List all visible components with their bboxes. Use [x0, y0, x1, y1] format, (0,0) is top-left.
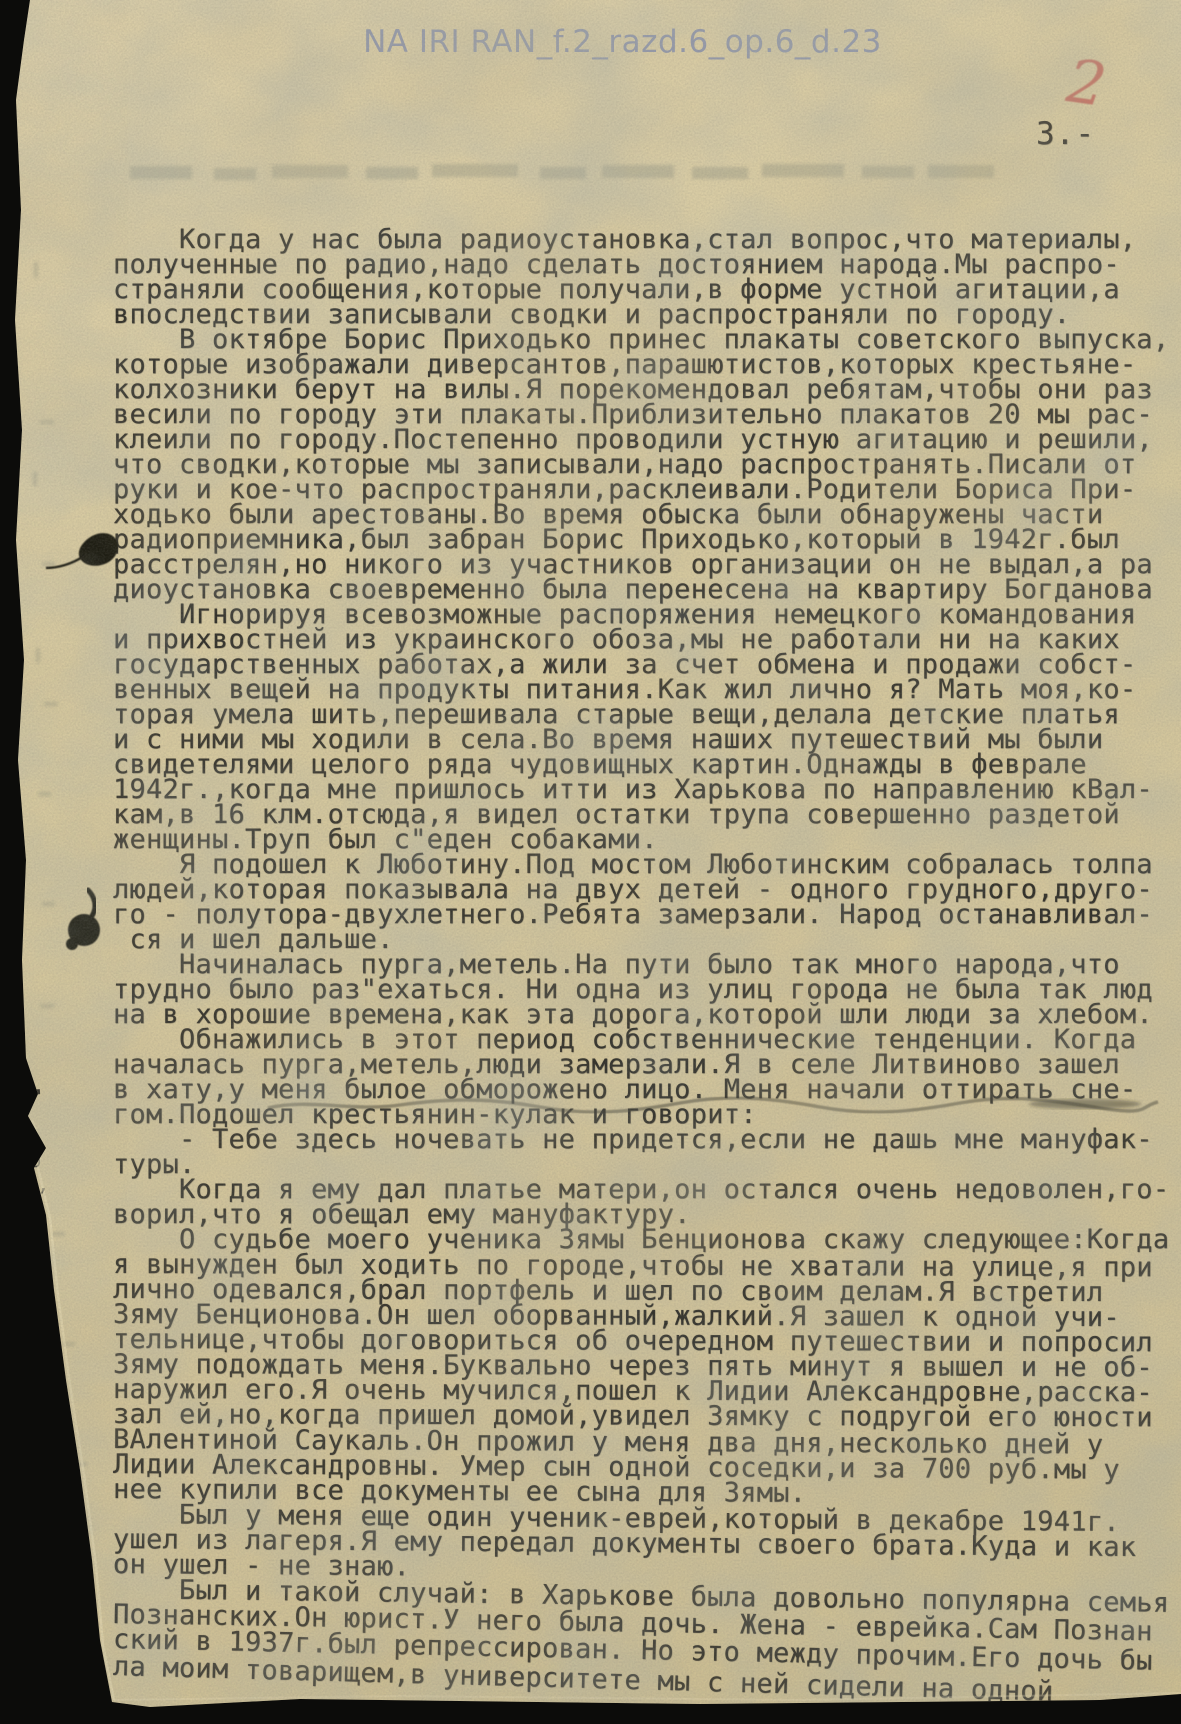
margin-bleed-mark — [42, 562, 55, 566]
ink-blob — [46, 533, 118, 568]
margin-bleed-mark — [36, 648, 40, 663]
bleed-through-mark — [692, 167, 748, 179]
margin-bleed-mark — [40, 1004, 54, 1008]
scanned-document: NA IRI RAN_f.2_razd.6_op.6_d.23 3.- Когд… — [0, 0, 1181, 1724]
bleed-through-mark — [432, 164, 518, 177]
ink-blob — [66, 890, 100, 950]
margin-bleed-mark — [42, 902, 55, 906]
torn-edge-fragment: о — [30, 1150, 41, 1172]
margin-bleed-mark — [34, 262, 38, 278]
bleed-through-mark — [862, 166, 914, 178]
bleed-through-mark — [130, 166, 192, 179]
margin-bleed-mark — [62, 1342, 75, 1346]
margin-bleed-mark — [52, 1232, 65, 1236]
text-line: О судьбе моего ученика Зямы Бенционова с… — [113, 1227, 1181, 1252]
archive-watermark: NA IRI RAN_f.2_razd.6_op.6_d.23 — [0, 24, 1181, 60]
margin-bleed-mark — [74, 1462, 87, 1466]
bleed-through-mark — [762, 164, 844, 177]
margin-bleed-mark — [38, 792, 51, 796]
margin-bleed-mark — [40, 420, 54, 424]
typewritten-text: Когда у нас была радиоустановка,стал воп… — [113, 227, 1181, 1677]
margin-bleed-mark — [33, 472, 37, 486]
torn-edge-highlight — [32, 1120, 114, 1700]
bleed-through-mark — [366, 167, 418, 179]
edge-ink-dash — [14, 1089, 40, 1096]
text-line: - Тебе здесь ночевать не придется,если н… — [113, 1127, 1181, 1152]
bleed-through-mark — [602, 165, 674, 178]
torn-edge-fragment: е, — [26, 1174, 49, 1196]
bleed-through-mark — [928, 165, 994, 178]
bleed-through-mark — [214, 168, 256, 180]
paper-sheet: NA IRI RAN_f.2_razd.6_op.6_d.23 3.- Когд… — [0, 0, 1181, 1724]
bleed-through-mark — [272, 165, 348, 178]
typed-page-number: 3.- — [1036, 116, 1095, 152]
bleed-through-mark — [540, 167, 586, 179]
margin-bleed-mark — [44, 702, 58, 706]
